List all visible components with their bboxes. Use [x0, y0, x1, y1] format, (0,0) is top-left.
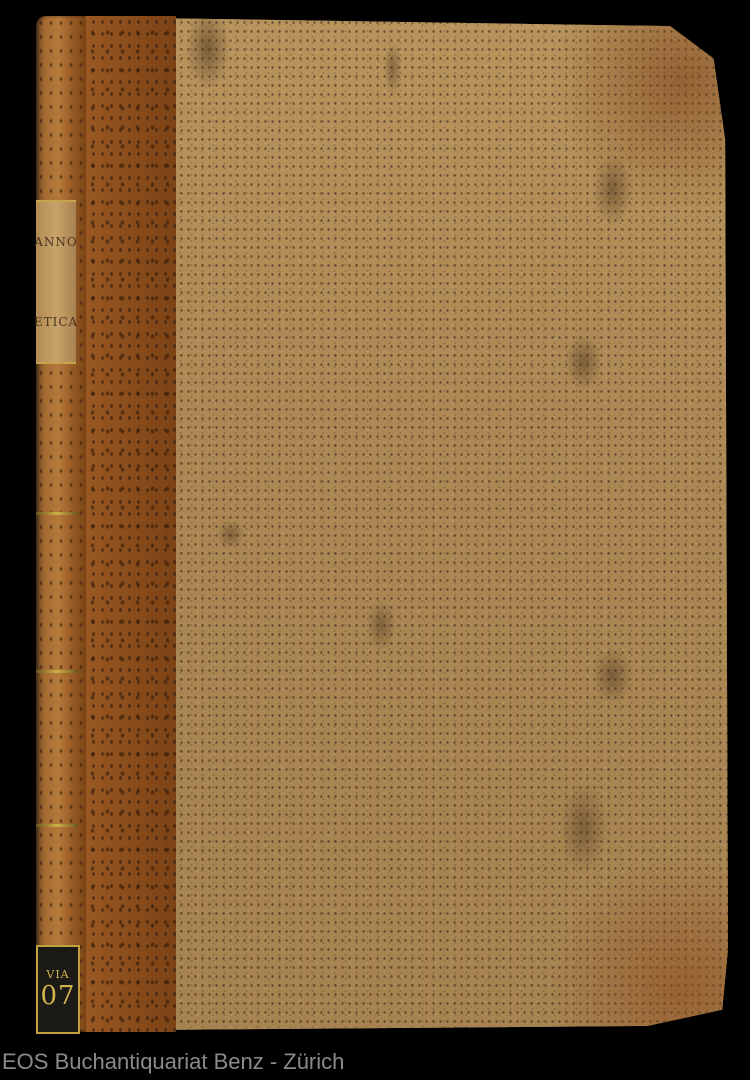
front-cover	[150, 18, 728, 1030]
spine-gilt-band	[36, 670, 78, 673]
book-spine	[36, 16, 86, 1032]
spine-volume-line-1: VIA	[46, 968, 69, 981]
spine-gilt-band	[36, 824, 78, 827]
spine-volume-label: VIA 07	[36, 945, 80, 1034]
spine-title-label: ANNO ETICA	[36, 200, 76, 364]
spine-volume-line-2: 07	[40, 981, 75, 1011]
leather-corner-strip	[80, 16, 176, 1032]
book-photo: ANNO ETICA VIA 07	[0, 0, 750, 1080]
watermark-text: EOS Buchantiquariat Benz - Zürich	[2, 1049, 344, 1075]
spine-title-line-2: ETICA	[34, 315, 78, 329]
spine-title-line-1: ANNO	[34, 235, 78, 249]
spine-gilt-band	[36, 512, 78, 515]
